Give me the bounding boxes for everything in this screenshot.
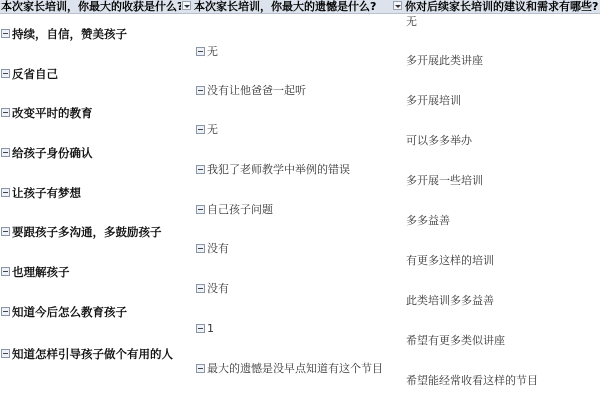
list-item-suggestion[interactable]: 希望有更多类似讲座 — [406, 334, 505, 348]
collapse-minus-icon[interactable] — [196, 324, 205, 333]
collapse-minus-icon[interactable] — [196, 165, 205, 174]
list-item-suggestion[interactable]: 多开展一些培训 — [406, 174, 483, 188]
gain-text: 知道今后怎么教育孩子 — [12, 305, 127, 319]
list-item-regret[interactable]: 没有让他爸爸一起听 — [196, 84, 306, 98]
list-item-gain[interactable]: 反省自己 — [1, 67, 58, 81]
list-item-gain[interactable]: 也理解孩子 — [1, 265, 70, 279]
filter-dropdown-gains-icon[interactable] — [182, 1, 191, 10]
list-item-gain[interactable]: 知道今后怎么教育孩子 — [1, 305, 127, 319]
regret-text: 自己孩子问题 — [207, 203, 273, 216]
list-item-gain[interactable]: 让孩子有梦想 — [1, 186, 81, 200]
list-item-suggestion[interactable]: 多多益善 — [406, 214, 450, 228]
list-item-gain[interactable]: 给孩子身份确认 — [1, 146, 93, 160]
regret-text: 没有 — [207, 282, 229, 295]
collapse-minus-icon[interactable] — [196, 364, 205, 373]
regret-text: 最大的遗憾是没早点知道有这个节目 — [207, 362, 383, 375]
collapse-minus-icon[interactable] — [1, 227, 10, 236]
column-header-gains: 本次家长培训，你最大的收获是什么? — [1, 0, 181, 13]
list-item-regret[interactable]: 最大的遗憾是没早点知道有这个节目 — [196, 362, 383, 376]
list-item-suggestion[interactable]: 多开展培训 — [406, 94, 461, 108]
regret-text: 1 — [207, 322, 214, 335]
collapse-minus-icon[interactable] — [1, 307, 10, 316]
list-item-gain[interactable]: 改变平时的教育 — [1, 106, 93, 120]
collapse-minus-icon[interactable] — [1, 108, 10, 117]
collapse-minus-icon[interactable] — [1, 148, 10, 157]
collapse-minus-icon[interactable] — [1, 349, 10, 358]
column-header-bar: 本次家长培训，你最大的收获是什么? 本次家长培训，你最大的遗憾是什么? 你对后续… — [0, 0, 600, 14]
collapse-minus-icon[interactable] — [1, 69, 10, 78]
collapse-minus-icon[interactable] — [1, 267, 10, 276]
gain-text: 给孩子身份确认 — [12, 146, 93, 160]
list-item-suggestion[interactable]: 无 — [406, 15, 417, 29]
gain-text: 持续，自信，赞美孩子 — [12, 27, 127, 41]
list-item-suggestion[interactable]: 有更多这样的培训 — [406, 254, 494, 268]
list-item-regret[interactable]: 我犯了老师教学中举例的错误 — [196, 163, 350, 177]
column-header-suggestions: 你对后续家长培训的建议和需求有哪些? — [405, 0, 600, 13]
regret-text: 无 — [207, 45, 218, 58]
list-item-gain[interactable]: 知道怎样引导孩子做个有用的人 — [1, 347, 173, 361]
gain-text: 知道怎样引导孩子做个有用的人 — [12, 347, 173, 361]
list-item-suggestion[interactable]: 多开展此类讲座 — [406, 54, 483, 68]
list-item-regret[interactable]: 自己孩子问题 — [196, 203, 273, 217]
list-item-gain[interactable]: 要跟孩子多沟通，多鼓励孩子 — [1, 225, 162, 239]
list-item-suggestion[interactable]: 希望能经常收看这样的节目 — [406, 374, 538, 388]
list-item-regret[interactable]: 无 — [196, 123, 218, 137]
list-item-suggestion[interactable]: 可以多多举办 — [406, 134, 472, 148]
list-item-regret[interactable]: 无 — [196, 45, 218, 59]
collapse-minus-icon[interactable] — [196, 205, 205, 214]
gain-text: 改变平时的教育 — [12, 106, 93, 120]
list-item-gain[interactable]: 持续，自信，赞美孩子 — [1, 27, 127, 41]
filter-dropdown-regrets-icon[interactable] — [393, 1, 402, 10]
collapse-minus-icon[interactable] — [196, 47, 205, 56]
gain-text: 也理解孩子 — [12, 265, 70, 279]
collapse-minus-icon[interactable] — [1, 29, 10, 38]
list-item-regret[interactable]: 1 — [196, 322, 214, 336]
collapse-minus-icon[interactable] — [196, 125, 205, 134]
collapse-minus-icon[interactable] — [196, 284, 205, 293]
list-item-suggestion[interactable]: 此类培训多多益善 — [406, 294, 494, 308]
regret-text: 我犯了老师教学中举例的错误 — [207, 163, 350, 176]
list-item-regret[interactable]: 没有 — [196, 282, 229, 296]
regret-text: 没有让他爸爸一起听 — [207, 84, 306, 97]
gain-text: 要跟孩子多沟通，多鼓励孩子 — [12, 225, 162, 239]
gain-text: 反省自己 — [12, 67, 58, 81]
collapse-minus-icon[interactable] — [196, 244, 205, 253]
gain-text: 让孩子有梦想 — [12, 186, 81, 200]
collapse-minus-icon[interactable] — [1, 188, 10, 197]
regret-text: 没有 — [207, 242, 229, 255]
regret-text: 无 — [207, 123, 218, 136]
collapse-minus-icon[interactable] — [196, 86, 205, 95]
column-header-regrets: 本次家长培训，你最大的遗憾是什么? — [194, 0, 379, 13]
list-item-regret[interactable]: 没有 — [196, 242, 229, 256]
